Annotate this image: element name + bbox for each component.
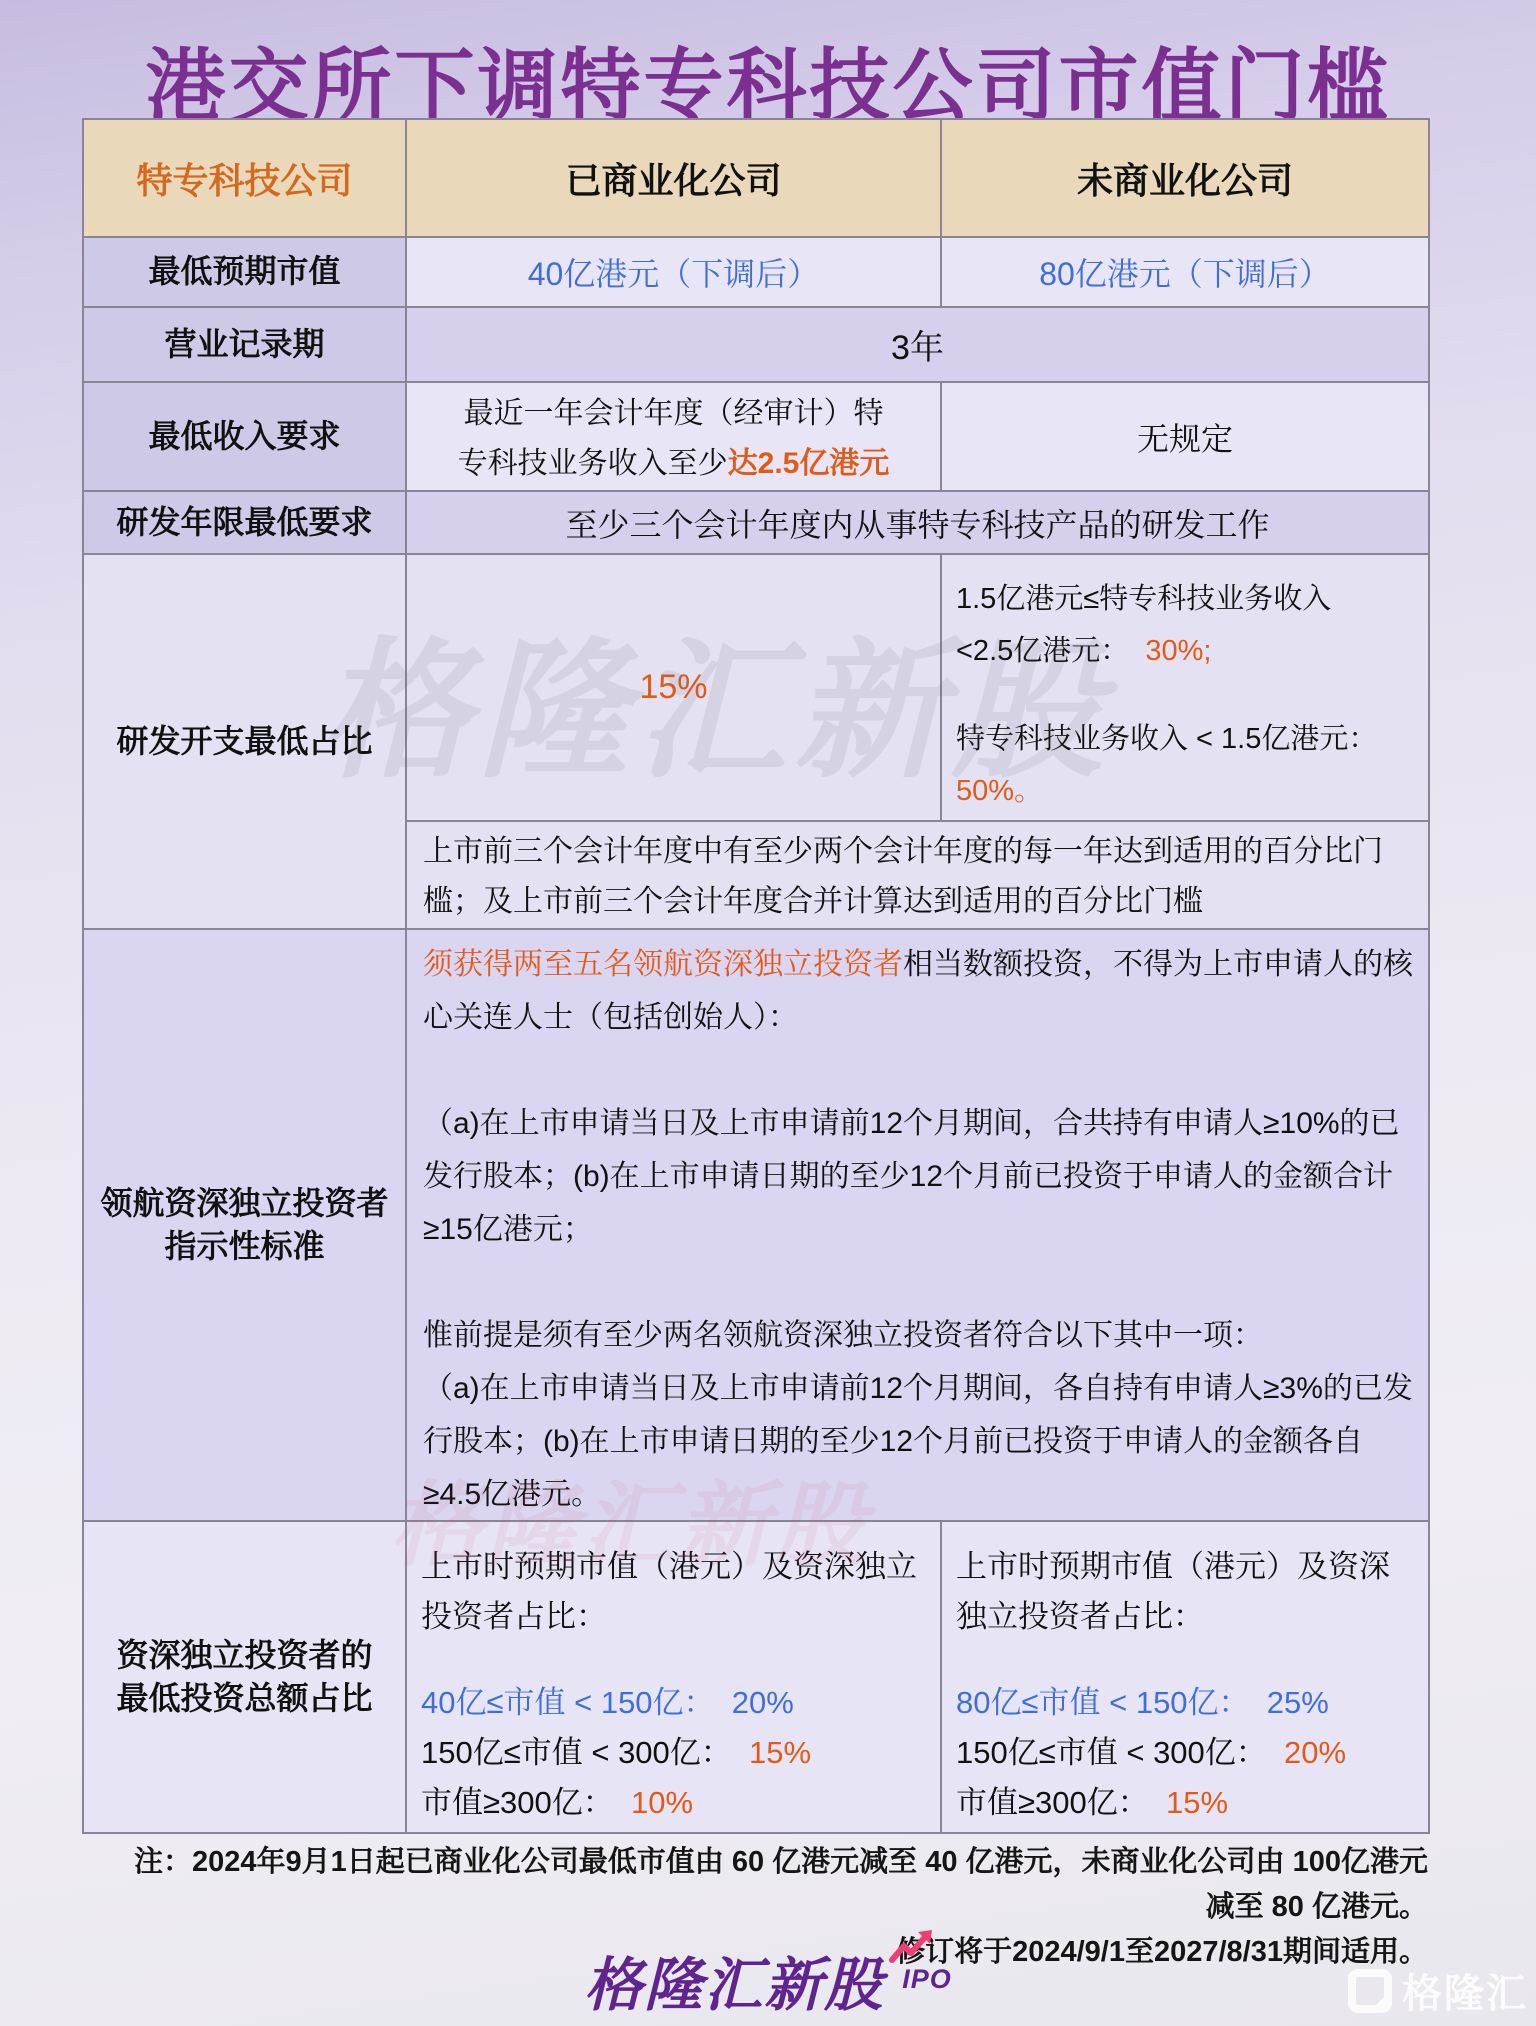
min-revenue-line2: 专科技业务收入至少达2.5亿港元 [458,439,890,489]
rd-spend-span-note: 上市前三个会计年度中有至少两个会计年度的每一年达到适用的百分比门槛；及上市前三个… [407,822,1430,930]
rd-spend-pre-line1: 1.5亿港元≤特专科技业务收入 [956,573,1331,625]
brand-logo: 格隆汇新股 IPO [0,1938,1536,2022]
header-cell-company-type: 特专科技公司 [84,120,407,238]
min-revenue-pre-commercial-value: 无规定 [942,383,1430,492]
pathfinder-paragraph-2: （a)在上市申请当日及上市申请前12个月期间，合共持有申请人≥10%的已发行股本… [423,1097,1414,1256]
min-revenue-line2-black: 专科技业务收入至少 [458,447,728,480]
header-cell-commercialized: 已商业化公司 [407,120,942,238]
pathfinder-label-line2: 指示性标准 [164,1225,324,1268]
sii-commercialized-tier1: 40亿≤市值 < 150亿： 20% [421,1678,794,1728]
row-label-min-revenue: 最低收入要求 [84,383,407,492]
sii-commercialized-tier2: 150亿≤市值 < 300亿： 15% [421,1728,811,1778]
rd-spend-pre-line2: <2.5亿港元： 30%; [956,625,1211,677]
gelonghui-wordmark: 格隆汇 [1402,1962,1528,2019]
sii-pre-commercial-tier2-orange: 20% [1284,1735,1346,1770]
sii-commercialized-tier3-orange: 10% [631,1785,693,1820]
sii-commercialized-tier2-black: 150亿≤市值 < 300亿： [421,1735,749,1770]
sii-pre-commercial-tier3-black: 市值≥300亿： [956,1785,1166,1820]
sii-pre-commercial-tier3: 市值≥300亿： 15% [956,1778,1228,1828]
min-revenue-line1: 最近一年会计年度（经审计）特 [464,389,884,439]
pathfinder-detail: 须获得两至五名领航资深独立投资者相当数额投资，不得为上市申请人的核心关连人士（包… [407,930,1430,1522]
row-label-pathfinder: 领航资深独立投资者 指示性标准 [84,930,407,1522]
brand-ipo-label: IPO [902,1964,952,1995]
footnote-line1: 注：2024年9月1日起已商业化公司最低市值由 60 亿港元减至 40 亿港元，… [128,1840,1428,1930]
row-label-sii-min-investment: 资深独立投资者的 最低投资总额占比 [84,1522,407,1834]
min-revenue-line2-orange: 达2.5亿港元 [728,447,890,480]
sii-pre-commercial-tier3-orange: 15% [1166,1785,1228,1820]
min-cap-pre-commercial-value: 80亿港元（下调后） [942,238,1430,308]
rd-spend-pre-line4: 50%。 [956,765,1043,817]
row-label-track-record: 营业记录期 [84,308,407,383]
sii-pre-commercial-intro: 上市时预期市值（港元）及资深独立投资者占比： [956,1542,1420,1642]
pathfinder-paragraph-3: 惟前提是须有至少两名领航资深独立投资者符合以下其中一项： [423,1309,1263,1362]
sii-pre-commercial-tier2-black: 150亿≤市值 < 300亿： [956,1735,1284,1770]
gelonghui-g-icon [1348,1969,1392,2013]
rd-spend-pre-line3: 特专科技业务收入 < 1.5亿港元： [956,713,1377,765]
pathfinder-paragraph-4: （a)在上市申请当日及上市申请前12个月期间，各自持有申请人≥3%的已发行股本；… [423,1362,1414,1521]
sii-commercialized-tier3: 市值≥300亿： 10% [421,1778,693,1828]
rd-spend-pre-commercial-detail: 1.5亿港元≤特专科技业务收入 <2.5亿港元： 30%; 特专科技业务收入 <… [942,555,1430,822]
rd-spend-pre-line2-orange: 30%; [1145,635,1211,667]
row-label-rd-years: 研发年限最低要求 [84,492,407,555]
row-label-rd-spend: 研发开支最低占比 [84,555,407,930]
sii-pre-commercial-detail: 上市时预期市值（港元）及资深独立投资者占比： 80亿≤市值 < 150亿： 25… [942,1522,1430,1834]
pathfinder-p1-orange: 须获得两至五名领航资深独立投资者 [423,948,903,981]
sii-label-line1: 资深独立投资者的 [116,1634,372,1677]
sii-pre-commercial-tier2: 150亿≤市值 < 300亿： 20% [956,1728,1346,1778]
brand-wordmark: 格隆汇新股 [584,1938,884,2022]
sii-commercialized-detail: 上市时预期市值（港元）及资深独立投资者占比： 40亿≤市值 < 150亿： 20… [407,1522,942,1834]
sii-label-line2: 最低投资总额占比 [116,1677,372,1720]
header-cell-pre-commercial: 未商业化公司 [942,120,1430,238]
track-record-value: 3年 [407,308,1430,383]
rd-spend-pre-line2-black: <2.5亿港元： [956,635,1145,667]
min-cap-commercialized-value: 40亿港元（下调后） [407,238,942,308]
pathfinder-paragraph-1: 须获得两至五名领航资深独立投资者相当数额投资，不得为上市申请人的核心关连人士（包… [423,938,1414,1044]
rd-spend-commercialized-pct: 15% [407,555,942,822]
sii-commercialized-tier2-orange: 15% [749,1735,811,1770]
sii-commercialized-intro: 上市时预期市值（港元）及资深独立投资者占比： [421,1542,932,1642]
sii-pre-commercial-tier1: 80亿≤市值 < 150亿： 25% [956,1678,1329,1728]
infographic-page: 港交所下调特专科技公司市值门槛 特专科技公司 已商业化公司 未商业化公司 最低预… [0,0,1536,2026]
sii-commercialized-tier3-black: 市值≥300亿： [421,1785,631,1820]
gelonghui-corner-logo: 格隆汇 [1348,1962,1528,2019]
rd-years-value: 至少三个会计年度内从事特专科技产品的研发工作 [407,492,1430,555]
brand-side: IPO [888,1930,952,1995]
min-revenue-commercialized-value: 最近一年会计年度（经审计）特 专科技业务收入至少达2.5亿港元 [407,383,942,492]
row-label-min-market-cap: 最低预期市值 [84,238,407,308]
pathfinder-label-line1: 领航资深独立投资者 [100,1182,388,1225]
criteria-table: 特专科技公司 已商业化公司 未商业化公司 最低预期市值 40亿港元（下调后） 8… [82,118,1430,1834]
trend-arrow-icon [888,1930,934,1964]
